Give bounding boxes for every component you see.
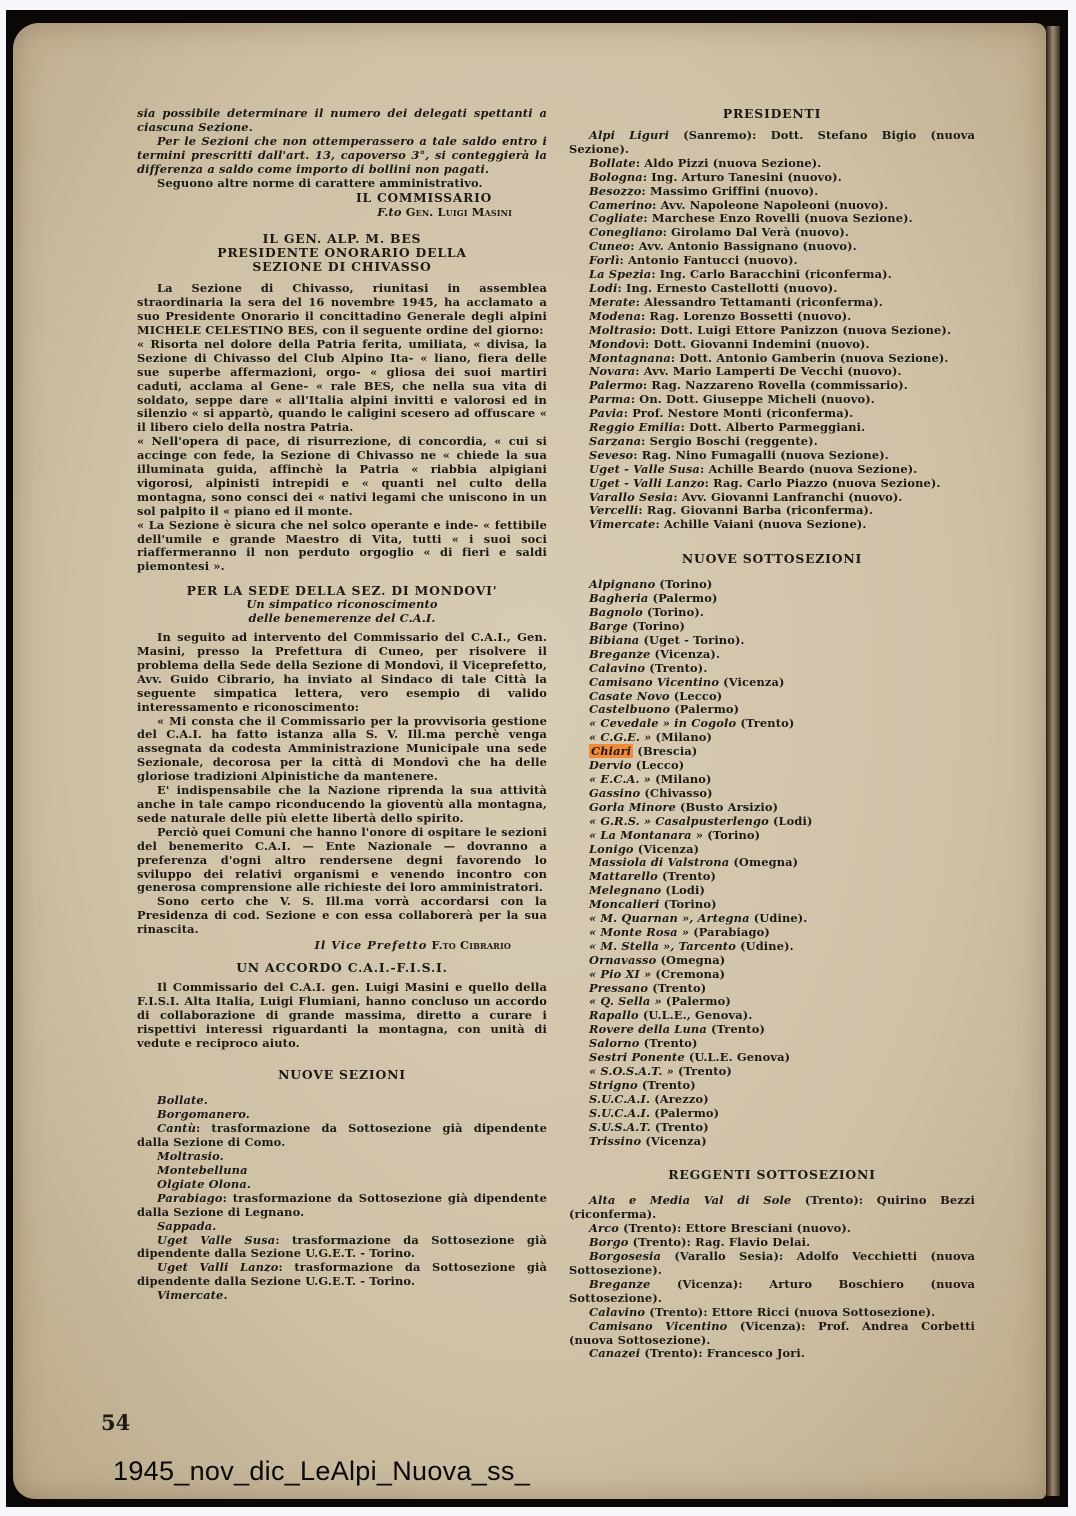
list-item: « Pio XI » (Cremona) (569, 968, 975, 982)
list-item: Seveso: Rag. Nino Fumagalli (nuova Sezio… (569, 449, 975, 463)
list-item: Massiola di Valstrona (Omegna) (569, 856, 975, 870)
list-item: Canazei (Trento): Francesco Jori. (569, 1347, 975, 1361)
list-item: Arco (Trento): Ettore Bresciani (nuovo). (569, 1222, 975, 1236)
mondovi-paragraph: E' indispensabile che la Nazione riprend… (137, 784, 547, 826)
list-item: Alpi Liguri (Sanremo): Dott. Stefano Big… (569, 129, 975, 157)
list-item: La Spezia: Ing. Carlo Baracchini (riconf… (569, 268, 975, 282)
signature-title: Il Vice Prefetto (315, 938, 428, 952)
list-item: Moncalieri (Torino) (569, 898, 975, 912)
list-item: Lodi: Ing. Ernesto Castellotti (nuovo). (569, 282, 975, 296)
presidenti-headline: PRESIDENTI (569, 107, 975, 121)
mondovi-paragraph: Sono certo che V. S. Ill.ma vorrà accord… (137, 895, 547, 937)
vice-prefetto-signature: Il Vice Prefetto F.to Cibrario (137, 939, 547, 953)
list-item: Vimercate: Achille Vaiani (nuova Sezione… (569, 518, 975, 532)
list-item: Cogliate: Marchese Enzo Rovelli (nuova S… (569, 212, 975, 226)
nuove-sezioni-list: Bollate. Borgomanero. Cantù: trasformazi… (137, 1094, 547, 1303)
list-item: Novara: Avv. Mario Lamperti De Vecchi (n… (569, 365, 975, 379)
mondovi-subtitle: delle benemerenze del C.A.I. (137, 612, 547, 625)
list-item: Dervio (Lecco) (569, 759, 975, 773)
list-item: S.U.C.A.I. (Arezzo) (569, 1093, 975, 1107)
list-item: Borgosesia (Varallo Sesia): Adolfo Vecch… (569, 1250, 975, 1278)
list-item: « E.C.A. » (Milano) (569, 773, 975, 787)
list-item: Uget Valle Susa: trasformazione da Sotto… (137, 1234, 547, 1262)
mondovi-paragraph: Perciò quei Comuni che hanno l'onore di … (137, 826, 547, 896)
list-item: « Cevedale » in Cogolo (Trento) (569, 717, 975, 731)
list-item: Bollate. (137, 1094, 547, 1108)
list-item: Melegnano (Lodi) (569, 884, 975, 898)
list-item: « C.G.E. » (Milano) (569, 731, 975, 745)
list-item: Pavia: Prof. Nestore Monti (riconferma). (569, 407, 975, 421)
list-item: Alpignano (Torino) (569, 578, 975, 592)
list-item: Parma: On. Dott. Giuseppe Micheli (nuovo… (569, 393, 975, 407)
list-item: Pressano (Trento) (569, 982, 975, 996)
list-item: Uget Valli Lanzo: trasformazione da Sott… (137, 1261, 547, 1289)
list-item: Ornavasso (Omegna) (569, 954, 975, 968)
list-item: Camisano Vicentino (Vicenza): Prof. Andr… (569, 1320, 975, 1348)
bes-quote: « La Sezione è sicura che nel solco oper… (137, 519, 547, 575)
list-item: Parabiago: trasformazione da Sottosezion… (137, 1192, 547, 1220)
list-item: Salorno (Trento) (569, 1037, 975, 1051)
commissario-signature: F.to Gen. Luigi Masini (137, 206, 547, 220)
mondovi-subtitle: Un simpatico riconoscimento (137, 598, 547, 611)
list-item: Sestri Ponente (U.L.E. Genova) (569, 1051, 975, 1065)
bes-headline: IL GEN. ALP. M. BES (137, 232, 547, 246)
bes-headline: SEZIONE DI CHIVASSO (137, 260, 547, 274)
signature-prefix: F.to (377, 205, 401, 219)
bes-quote: « Risorta nel dolore della Patria ferita… (137, 338, 547, 435)
reggenti-list: Alta e Media Val di Sole (Trento): Quiri… (569, 1194, 975, 1361)
list-item: Bollate: Aldo Pizzi (nuova Sezione). (569, 157, 975, 171)
right-column: PRESIDENTI Alpi Liguri (Sanremo): Dott. … (569, 107, 975, 1361)
list-item: Rapallo (U.L.E., Genova). (569, 1009, 975, 1023)
list-item-highlighted: Chiari (Brescia) (569, 745, 975, 759)
list-item: S.U.C.A.I. (Palermo) (569, 1107, 975, 1121)
list-item: Breganze (Vicenza): Arturo Boschiero (nu… (569, 1278, 975, 1306)
mondovi-headline: PER LA SEDE DELLA SEZ. DI MONDOVI' (137, 584, 547, 598)
list-item: Uget - Valle Susa: Achille Beardo (nuova… (569, 463, 975, 477)
presidenti-list: Alpi Liguri (Sanremo): Dott. Stefano Big… (569, 129, 975, 532)
list-item: S.U.S.A.T. (Trento) (569, 1121, 975, 1135)
bes-body: La Sezione di Chivasso, riunitasi in ass… (137, 282, 547, 338)
intro-paragraph: sia possibile determinare il numero dei … (137, 107, 547, 135)
list-item: Modena: Rag. Lorenzo Bossetti (nuovo). (569, 310, 975, 324)
accordo-headline: UN ACCORDO C.A.I.-F.I.S.I. (137, 961, 547, 975)
file-caption: 1945_nov_dic_LeAlpi_Nuova_ss_ (113, 1456, 530, 1487)
list-item: « Q. Sella » (Palermo) (569, 995, 975, 1009)
list-item: Alta e Media Val di Sole (Trento): Quiri… (569, 1194, 975, 1222)
list-item: Rovere della Luna (Trento) (569, 1023, 975, 1037)
list-item: Sarzana: Sergio Boschi (reggente). (569, 435, 975, 449)
bes-quote: « Nell'opera di pace, di risurrezione, d… (137, 435, 547, 518)
list-item: Montagnana: Dott. Antonio Gamberin (nuov… (569, 352, 975, 366)
list-item: Bibiana (Uget - Torino). (569, 634, 975, 648)
list-item: « M. Quarnan », Artegna (Udine). (569, 912, 975, 926)
list-item: Gassino (Chivasso) (569, 787, 975, 801)
list-item: « Monte Rosa » (Parabiago) (569, 926, 975, 940)
page-spine-edge (1046, 26, 1060, 1496)
list-item: Camisano Vicentino (Vicenza) (569, 676, 975, 690)
signature-name: F.to Cibrario (431, 938, 511, 952)
list-item: Forlì: Antonio Fantucci (nuovo). (569, 254, 975, 268)
list-item: « S.O.S.A.T. » (Trento) (569, 1065, 975, 1079)
list-item: Calavino (Trento). (569, 662, 975, 676)
list-item: Montebelluna (137, 1164, 547, 1178)
list-item: Lonigo (Vicenza) (569, 843, 975, 857)
list-item: Bagnolo (Torino). (569, 606, 975, 620)
list-item: Cuneo: Avv. Antonio Bassignano (nuovo). (569, 240, 975, 254)
list-item: Olgiate Olona. (137, 1178, 547, 1192)
list-item: Uget - Valli Lanzo: Rag. Carlo Piazzo (n… (569, 477, 975, 491)
reggenti-headline: REGGENTI SOTTOSEZIONI (569, 1168, 975, 1182)
list-item: Camerino: Avv. Napoleone Napoleoni (nuov… (569, 199, 975, 213)
list-item: Cantù: trasformazione da Sottosezione gi… (137, 1122, 547, 1150)
list-item: Breganze (Vicenza). (569, 648, 975, 662)
nuove-sezioni-headline: NUOVE SEZIONI (137, 1068, 547, 1082)
nuove-sottosezioni-list: Alpignano (Torino) Bagheria (Palermo) Ba… (569, 578, 975, 1148)
list-item: Conegliano: Girolamo Dal Verà (nuovo). (569, 226, 975, 240)
list-item: Borgo (Trento): Rag. Flavio Delai. (569, 1236, 975, 1250)
list-item: Casate Novo (Lecco) (569, 690, 975, 704)
mondovi-paragraph: In seguito ad intervento del Commissario… (137, 631, 547, 714)
list-item: Castelbuono (Palermo) (569, 703, 975, 717)
list-item: Barge (Torino) (569, 620, 975, 634)
mondovi-paragraph: « Mi consta che il Commissario per la pr… (137, 715, 547, 785)
list-item: Gorla Minore (Busto Arsizio) (569, 801, 975, 815)
list-item: Strigno (Trento) (569, 1079, 975, 1093)
list-item: Borgomanero. (137, 1108, 547, 1122)
list-item: Mattarello (Trento) (569, 870, 975, 884)
list-item: Bagheria (Palermo) (569, 592, 975, 606)
list-item: Sappada. (137, 1220, 547, 1234)
intro-paragraph: Seguono altre norme di carattere amminis… (137, 177, 547, 191)
list-item: Merate: Alessandro Tettamanti (riconferm… (569, 296, 975, 310)
list-item: Palermo: Rag. Nazzareno Rovella (commiss… (569, 379, 975, 393)
list-item: Calavino (Trento): Ettore Ricci (nuova S… (569, 1306, 975, 1320)
list-item: « La Montanara » (Torino) (569, 829, 975, 843)
list-item: Moltrasio: Dott. Luigi Ettore Panizzon (… (569, 324, 975, 338)
list-item: Vercelli: Rag. Giovanni Barba (riconferm… (569, 504, 975, 518)
nuove-sottosezioni-headline: NUOVE SOTTOSEZIONI (569, 552, 975, 566)
accordo-body: Il Commissario del C.A.I. gen. Luigi Mas… (137, 981, 547, 1051)
list-item: « M. Stella », Tarcento (Udine). (569, 940, 975, 954)
list-item: Besozzo: Massimo Griffini (nuovo). (569, 185, 975, 199)
intro-paragraph: Per le Sezioni che non ottemperassero a … (137, 135, 547, 177)
search-highlight: Chiari (589, 744, 633, 758)
list-item: Vimercate. (137, 1289, 547, 1303)
list-item: Bologna: Ing. Arturo Tanesini (nuovo). (569, 171, 975, 185)
signature-name: Gen. Luigi Masini (406, 205, 512, 219)
page-number: 54 (101, 1410, 130, 1435)
list-item: Varallo Sesia: Avv. Giovanni Lanfranchi … (569, 491, 975, 505)
bes-headline: PRESIDENTE ONORARIO DELLA (137, 246, 547, 260)
left-column: sia possibile determinare il numero dei … (137, 107, 547, 1303)
list-item: « G.R.S. » Casalpusterlengo (Lodi) (569, 815, 975, 829)
list-item: Mondovì: Dott. Giovanni Indemini (nuovo)… (569, 338, 975, 352)
list-item: Trissino (Vicenza) (569, 1135, 975, 1149)
commissario-title: IL COMMISSARIO (137, 192, 547, 206)
list-item: Moltrasio. (137, 1150, 547, 1164)
list-item: Reggio Emilia: Dott. Alberto Parmeggiani… (569, 421, 975, 435)
